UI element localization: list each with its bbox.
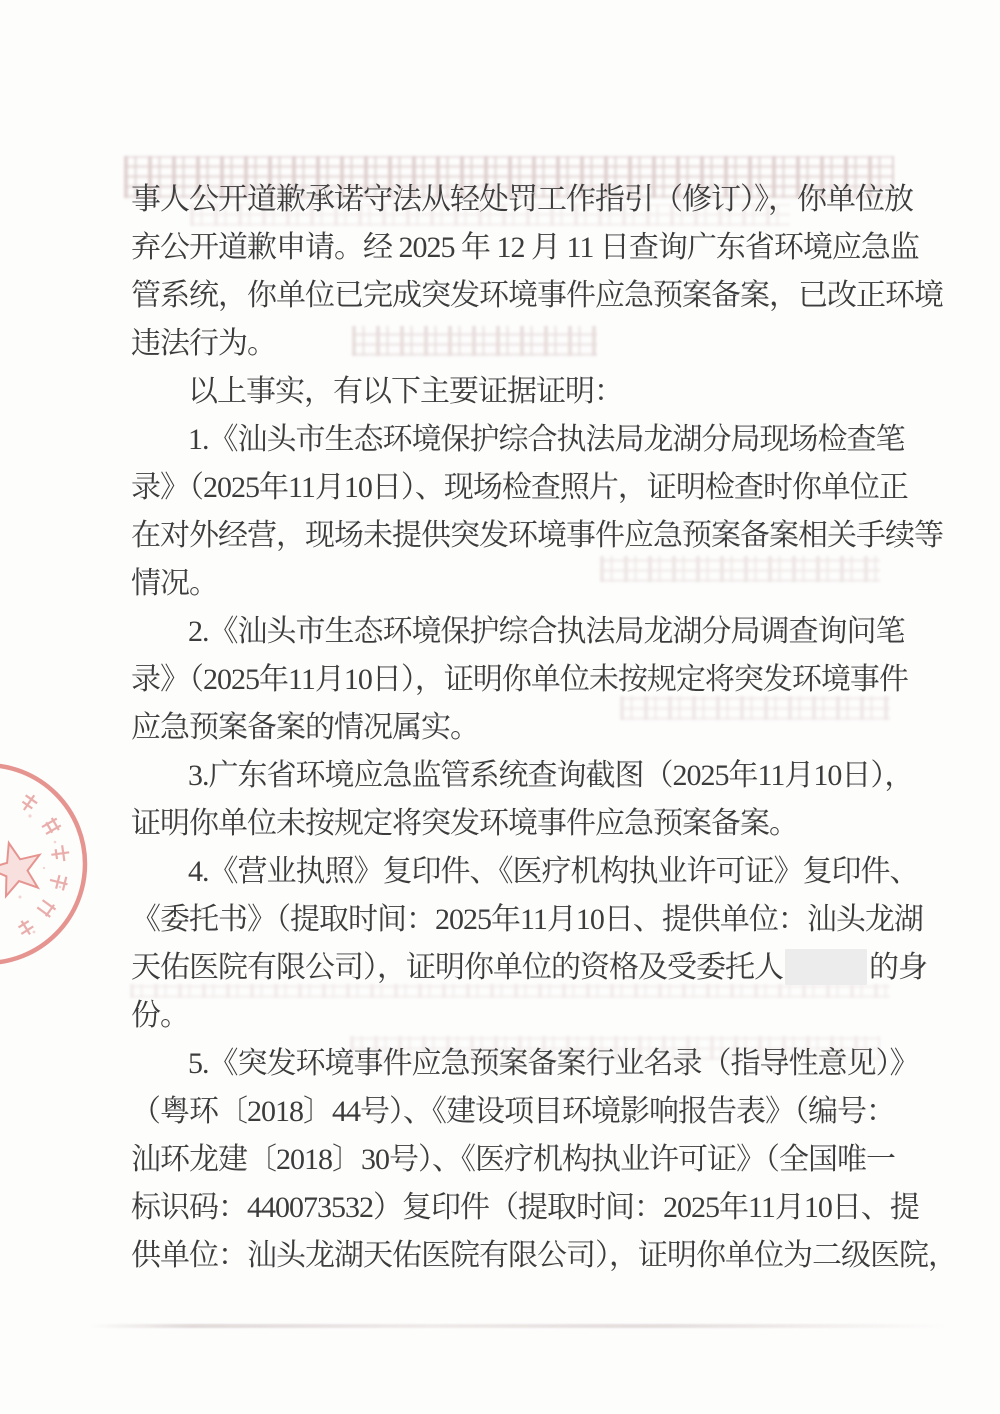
text-line: 天佑医院有限公司），证明你单位的资格及受委托人的身: [131, 944, 891, 992]
text-line: 事人公开道歉承诺守法从轻处罚工作指引（修订）》，你单位放: [131, 176, 891, 224]
text-line: 证明你单位未按规定将突发环境事件应急预案备案。: [131, 800, 891, 848]
document-page: 事人公开道歉承诺守法从轻处罚工作指引（修订）》，你单位放弃公开道歉申请。经 20…: [0, 0, 1000, 1414]
text-line: 以上事实，有以下主要证据证明：: [131, 368, 891, 416]
text-line: 管系统，你单位已完成突发环境事件应急预案备案，已改正环境: [131, 272, 891, 320]
text-line: 违法行为。: [131, 320, 891, 368]
redacted-text: [785, 949, 867, 985]
text-line: 1.《汕头市生态环境保护综合执法局龙湖分局现场检查笔: [131, 416, 891, 464]
text-line: 份。: [131, 992, 891, 1040]
text-line: 弃公开道歉申请。经 2025 年 12 月 11 日查询广东省环境应急监: [131, 224, 891, 272]
scan-smudge-line: [90, 1324, 946, 1328]
document-body: 事人公开道歉承诺守法从轻处罚工作指引（修订）》，你单位放弃公开道歉申请。经 20…: [131, 176, 891, 1280]
text-line: 情况。: [131, 560, 891, 608]
text-segment: 天佑医院有限公司），证明你单位的资格及受委托人: [131, 951, 783, 984]
official-seal-stamp: [0, 756, 120, 981]
text-line: 录》（2025年11月10日）、现场检查照片，证明检查时你单位正: [131, 464, 891, 512]
text-line: 汕环龙建〔2018〕30号）、《医疗机构执业许可证》（全国唯一: [131, 1136, 891, 1184]
text-line: 在对外经营，现场未提供突发环境事件应急预案备案相关手续等: [131, 512, 891, 560]
text-line: 4.《营业执照》复印件、《医疗机构执业许可证》复印件、: [131, 848, 891, 896]
text-segment: 的身: [869, 951, 927, 984]
text-line: 标识码：440073532）复印件（提取时间：2025年11月10日、提: [131, 1184, 891, 1232]
text-line: 5.《突发环境事件应急预案备案行业名录（指导性意见）》: [131, 1040, 891, 1088]
text-line: 《委托书》（提取时间：2025年11月10日、提供单位：汕头龙湖: [131, 896, 891, 944]
text-line: 供单位：汕头龙湖天佑医院有限公司），证明你单位为二级医院，: [131, 1232, 891, 1280]
text-line: 录》（2025年11月10日），证明你单位未按规定将突发环境事件: [131, 656, 891, 704]
text-line: 应急预案备案的情况属实。: [131, 704, 891, 752]
text-line: （粤环〔2018〕44号）、《建设项目环境影响报告表》（编号：: [131, 1088, 891, 1136]
star-icon: [0, 843, 40, 896]
text-line: 3.广东省环境应急监管系统查询截图（2025年11月10日），: [131, 752, 891, 800]
text-line: 2.《汕头市生态环境保护综合执法局龙湖分局调查询问笔: [131, 608, 891, 656]
